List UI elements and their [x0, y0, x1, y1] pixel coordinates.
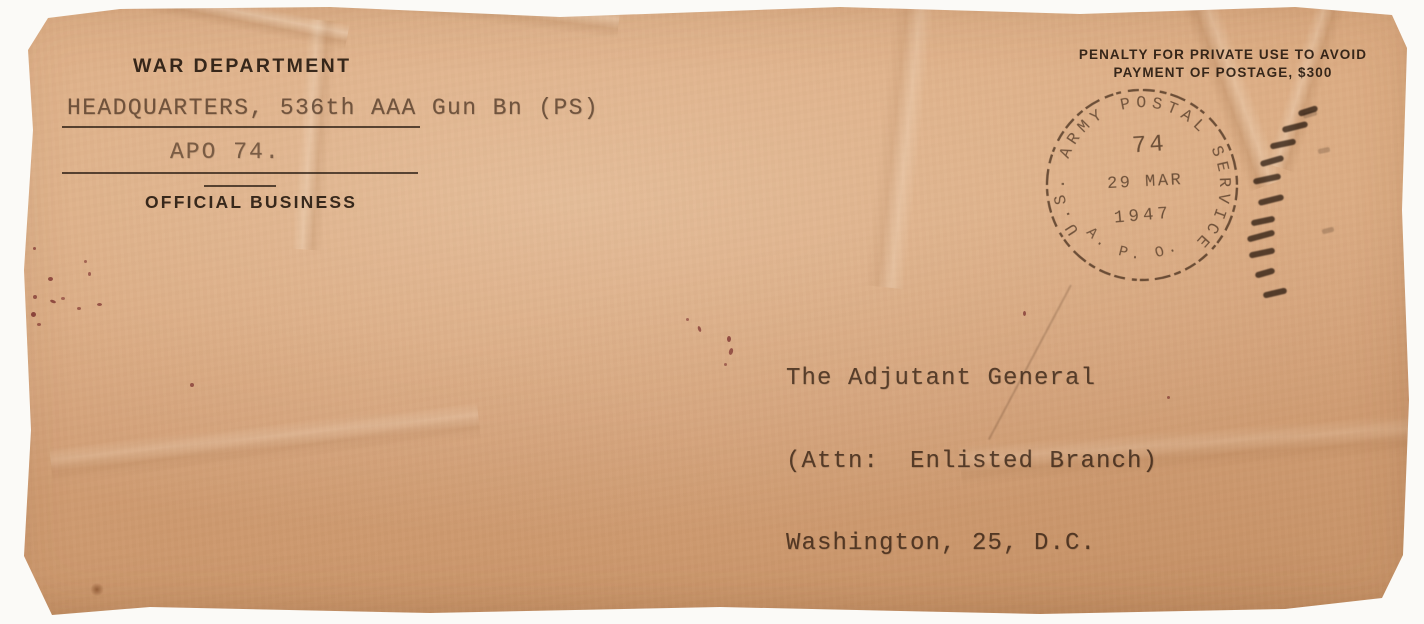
- cancellation-bar: [1247, 229, 1276, 242]
- official-business-label: OFFICIAL BUSINESS: [145, 192, 357, 213]
- ink-stain: [33, 295, 37, 299]
- sender-department-title: WAR DEPARTMENT: [133, 55, 351, 78]
- crease-overlay: [240, 0, 621, 39]
- ink-stain: [37, 323, 41, 326]
- ink-speck: [724, 363, 727, 366]
- penalty-notice: PENALTY FOR PRIVATE USE TO AVOID PAYMENT…: [1058, 46, 1388, 81]
- ink-stain: [10, 262, 13, 267]
- recipient-line-3: Washington, 25, D.C.: [786, 530, 1158, 558]
- envelope: WAR DEPARTMENT HEADQUARTERS, 536th AAA G…: [0, 0, 1424, 624]
- cancellation-bar: [1270, 138, 1297, 149]
- ink-speck: [727, 336, 731, 342]
- sender-unit-typed-line: HEADQUARTERS, 536th AAA Gun Bn (PS): [67, 95, 599, 121]
- ink-stain: [50, 299, 57, 304]
- cancellation-bar: [1260, 155, 1285, 167]
- ink-stain: [190, 383, 194, 387]
- crease-overlay: [864, 0, 935, 289]
- ink-speck: [728, 348, 734, 356]
- penalty-line-2: PAYMENT OF POSTAGE, $300: [1058, 64, 1388, 82]
- ink-stain: [3, 232, 7, 239]
- cancellation-bar: [1258, 194, 1285, 206]
- ink-stain: [77, 307, 81, 310]
- recipient-line-1: The Adjutant General: [786, 365, 1158, 393]
- ink-stain: [22, 338, 25, 341]
- postmark-apo-number: 74: [1131, 131, 1168, 160]
- paper-stain-spot: [90, 583, 104, 596]
- postmark-date-year: 1947: [1113, 204, 1173, 229]
- cancellation-bar: [1282, 121, 1309, 133]
- ink-stain: [84, 260, 87, 263]
- crease-overlay: [49, 403, 480, 484]
- recipient-line-2: (Attn: Enlisted Branch): [786, 448, 1158, 476]
- ink-stain: [88, 272, 91, 276]
- ink-stain: [31, 312, 36, 317]
- ink-stain: [61, 297, 65, 300]
- postmark-stamp: U.S. ARMY POSTAL SERVICE A. P. O. 74 29 …: [1039, 82, 1246, 289]
- ink-speck: [686, 318, 689, 321]
- postmark-bottom-text: A. P. O.: [1079, 223, 1185, 271]
- ink-stain: [97, 303, 102, 306]
- penalty-line-1: PENALTY FOR PRIVATE USE TO AVOID: [1058, 46, 1388, 64]
- crease-overlay: [292, 19, 338, 251]
- postmark-date-day: 29 MAR: [1107, 171, 1184, 194]
- cancellation-bar: [1253, 173, 1282, 185]
- crease-overlay: [30, 0, 349, 50]
- sender-apo-typed-line: APO 74.: [170, 139, 281, 165]
- cancellation-bar: [1255, 267, 1276, 278]
- ink-stain: [33, 247, 36, 250]
- cancellation-bar: [1251, 216, 1276, 227]
- recipient-address: The Adjutant General (Attn: Enlisted Bra…: [786, 310, 1158, 613]
- ink-speck: [697, 326, 702, 333]
- cancellation-bar: [1249, 247, 1276, 258]
- sender-rule-bottom: [62, 172, 418, 174]
- sender-rule-short: [204, 185, 276, 187]
- ink-speck: [1167, 396, 1170, 399]
- cancellation-bar: [1263, 287, 1288, 298]
- ink-stain: [48, 277, 53, 281]
- sender-rule-top: [62, 126, 420, 128]
- cancellation-bars: [1246, 102, 1326, 314]
- ink-speck: [1023, 311, 1026, 316]
